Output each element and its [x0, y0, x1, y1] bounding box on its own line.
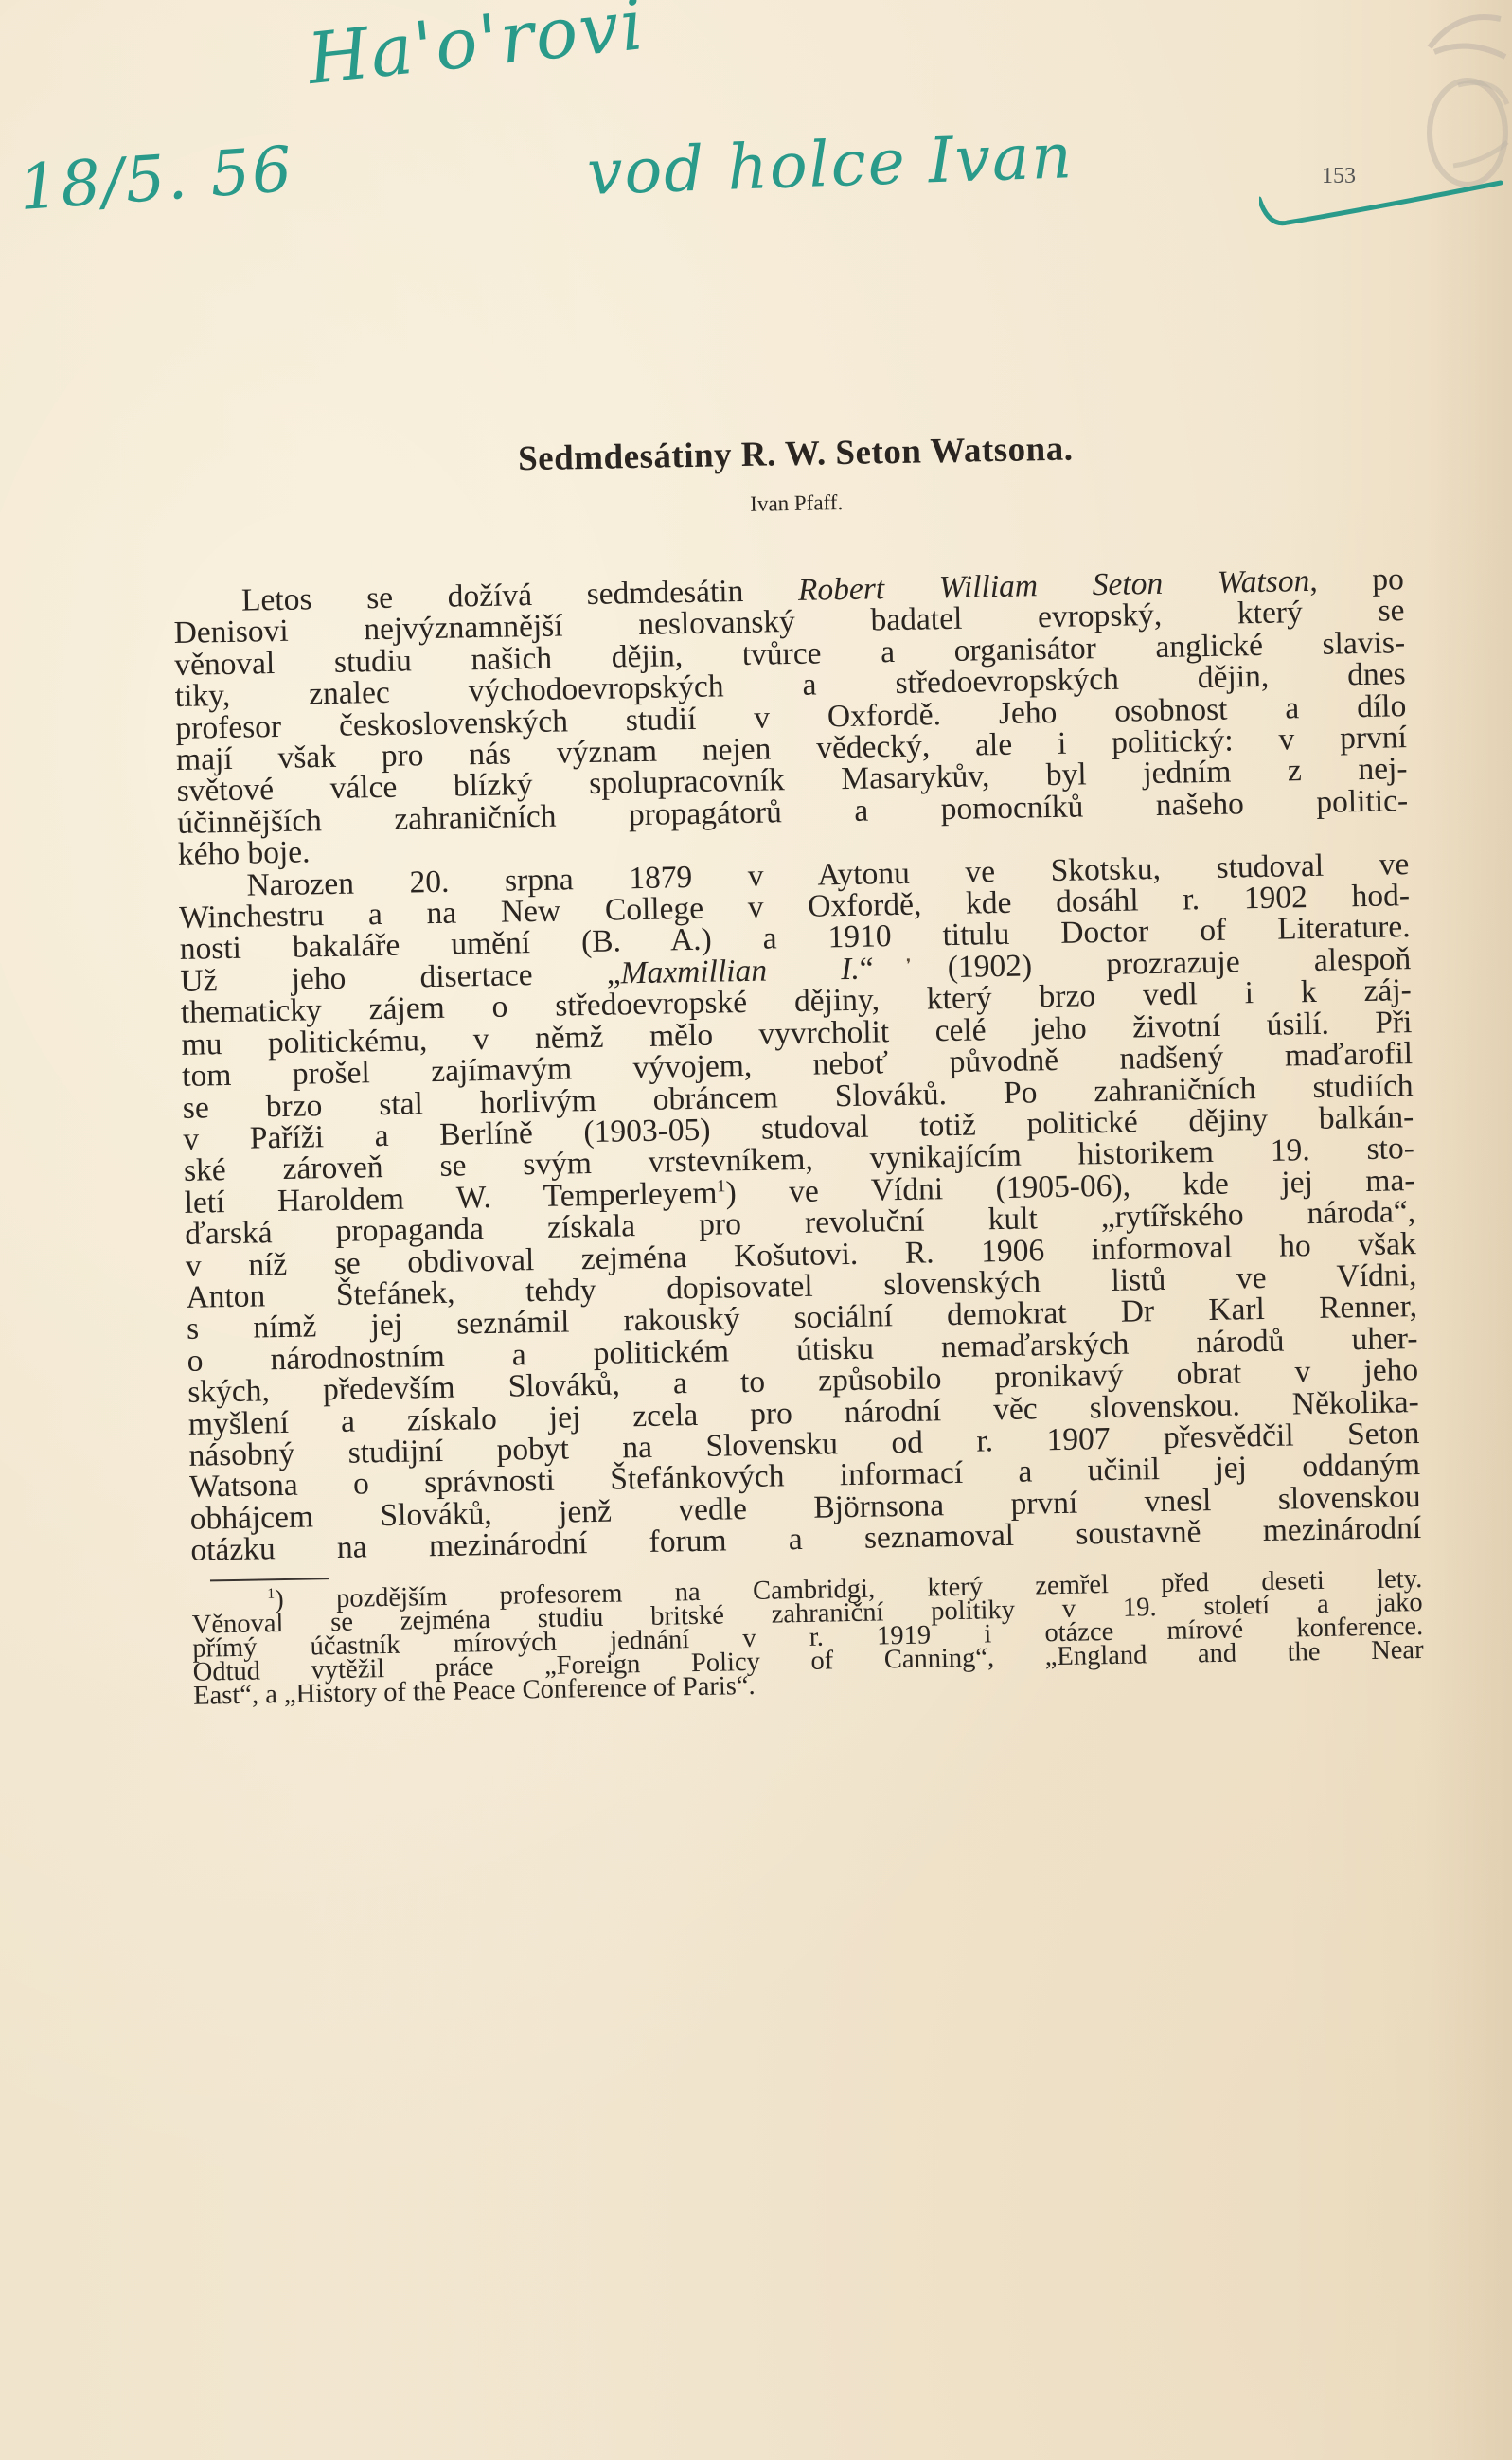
article-title: Sedmdesátiny R. W. Seton Watsona.	[170, 422, 1402, 486]
article-body: Letos se dožívá sedmdesátin Robert Willi…	[173, 563, 1422, 1566]
handwritten-dedication: vod holce Ivan	[586, 119, 1075, 209]
article: Sedmdesátiny R. W. Seton Watsona. Ivan P…	[170, 422, 1424, 1707]
footnote-reference[interactable]: 1	[717, 1176, 726, 1195]
handwritten-date: 18/5. 56	[17, 133, 296, 224]
footnotes: 1) pozdějším profesorem na Cambridgi, kt…	[191, 1567, 1424, 1708]
footnote-divider	[210, 1578, 329, 1581]
handwritten-recipient: Ha'o'rovi	[304, 0, 649, 100]
scanned-page: Ha'o'rovi 18/5. 56 vod holce Ivan 153 ❜ …	[0, 0, 1512, 2460]
signature-flourish-icon	[1259, 175, 1505, 232]
page-edge-shadow	[1427, 0, 1512, 2460]
article-author: Ivan Pfaff.	[171, 480, 1402, 527]
page-number: 153	[1322, 164, 1356, 189]
